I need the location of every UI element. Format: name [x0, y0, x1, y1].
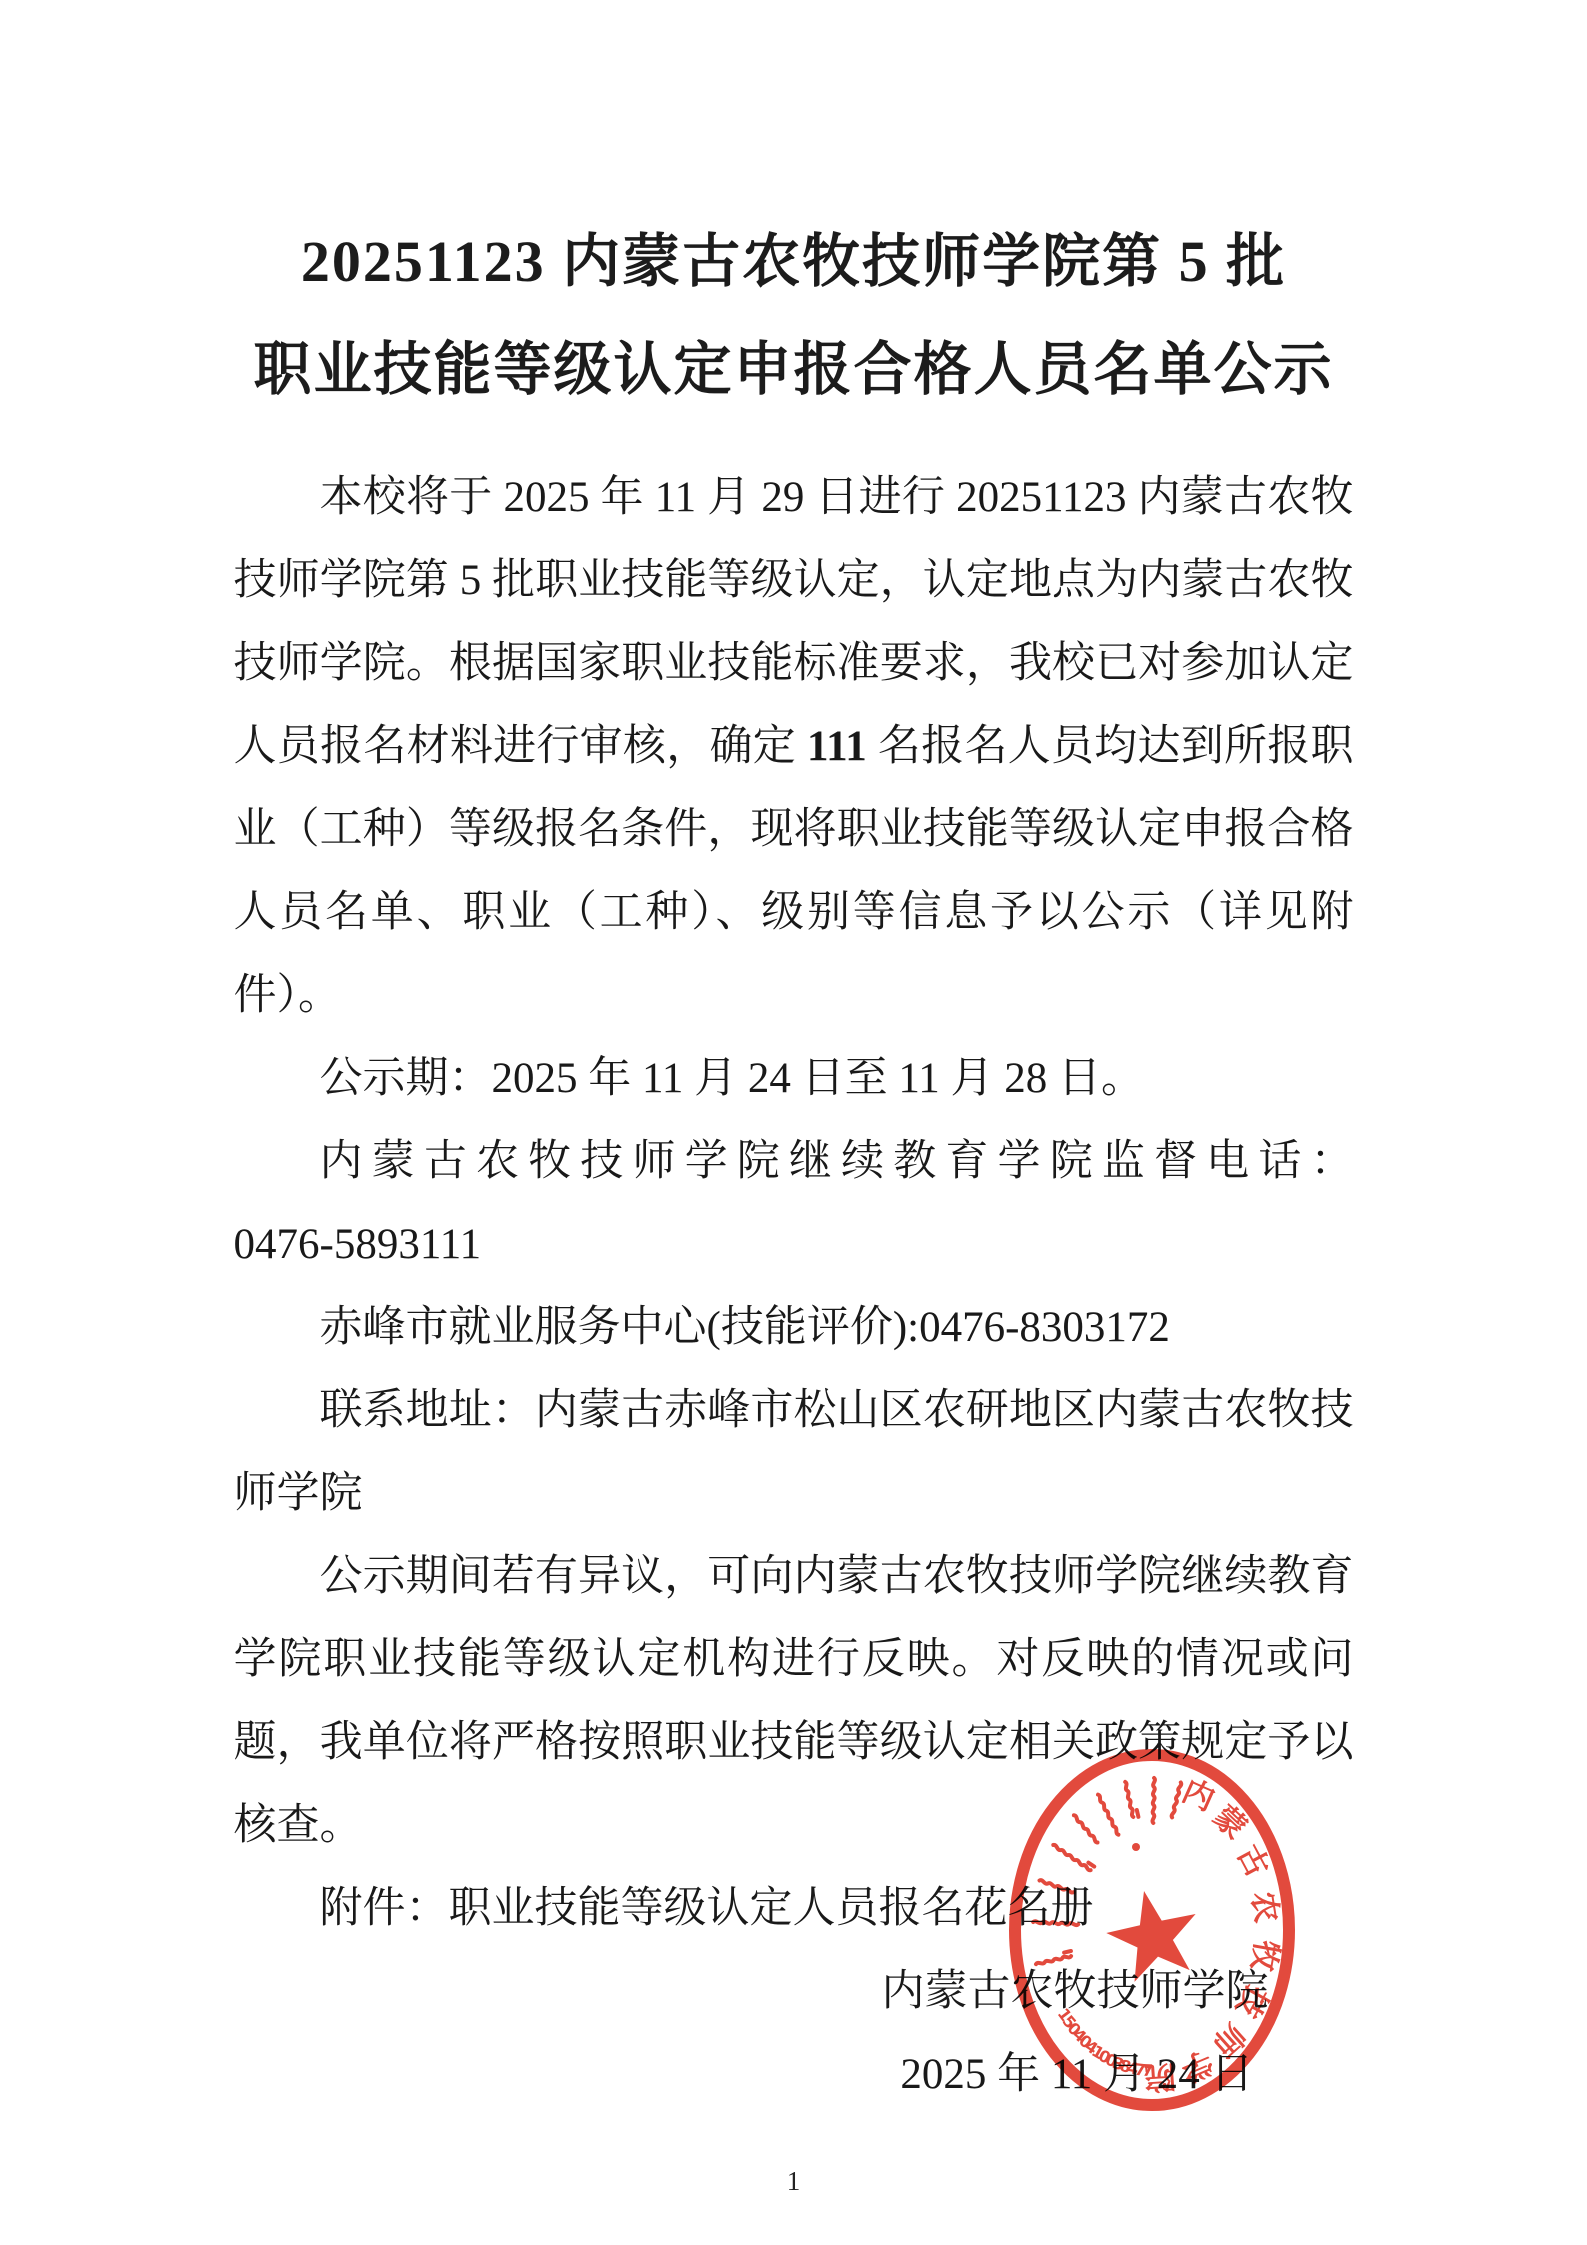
- paragraph-service-center-phone: 赤峰市就业服务中心(技能评价):0476-8303172: [234, 1286, 1354, 1369]
- title-line-2: 职业技能等级认定申报合格人员名单公示: [0, 316, 1587, 424]
- title-line-1: 20251123 内蒙古农牧技师学院第 5 批: [0, 208, 1587, 316]
- paragraph-supervision-phone: 内蒙古农牧技师学院继续教育学院监督电话：0476-5893111: [234, 1120, 1354, 1286]
- paragraph-objection: 公示期间若有异议，可向内蒙古农牧技师学院继续教育学院职业技能等级认定机构进行反映…: [234, 1535, 1354, 1867]
- page-number: 1: [0, 2166, 1587, 2197]
- document-body: 本校将于 2025 年 11 月 29 日进行 20251123 内蒙古农牧技师…: [234, 456, 1354, 2116]
- supervision-phone-number: 0476-5893111: [234, 1221, 482, 1268]
- announcement-document: 20251123 内蒙古农牧技师学院第 5 批 职业技能等级认定申报合格人员名单…: [0, 0, 1587, 2245]
- supervision-phone-label: 内蒙古农牧技师学院继续教育学院监督电话：: [320, 1138, 1354, 1185]
- paragraph-intro: 本校将于 2025 年 11 月 29 日进行 20251123 内蒙古农牧技师…: [234, 456, 1354, 1037]
- paragraph-contact-address: 联系地址：内蒙古赤峰市松山区农研地区内蒙古农牧技师学院: [234, 1369, 1354, 1535]
- document-title: 20251123 内蒙古农牧技师学院第 5 批 职业技能等级认定申报合格人员名单…: [0, 208, 1587, 424]
- signature-organization: 内蒙古农牧技师学院: [234, 1950, 1354, 2033]
- applicant-count: 111: [807, 723, 867, 770]
- paragraph-attachment: 附件：职业技能等级认定人员报名花名册: [234, 1867, 1354, 1950]
- signature-date: 2025 年 11 月 24 日: [234, 2033, 1354, 2116]
- paragraph-publicity-period: 公示期：2025 年 11 月 24 日至 11 月 28 日。: [234, 1037, 1354, 1120]
